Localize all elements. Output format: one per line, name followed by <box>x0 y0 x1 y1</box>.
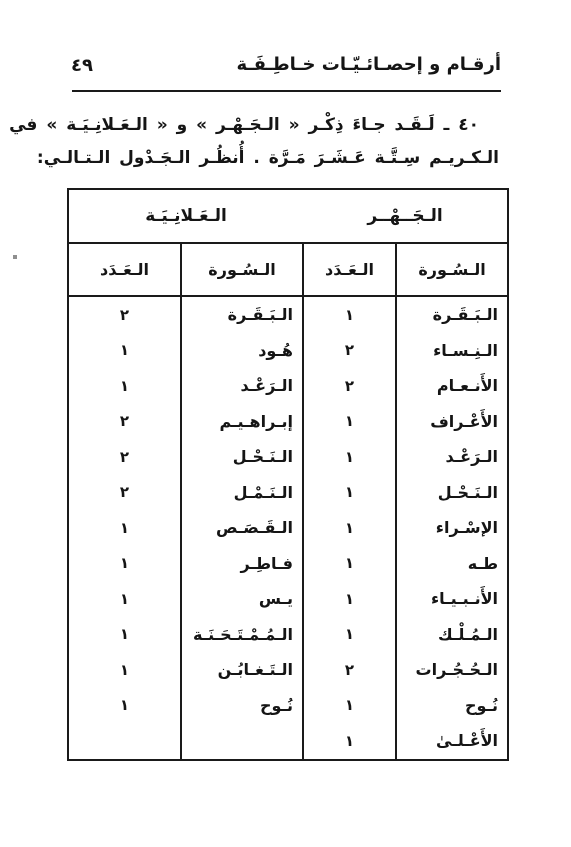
alaniyah-count-cell: ٢ <box>68 404 181 440</box>
col-header-adad-alaniyah: الـعَـدَد <box>68 243 181 296</box>
jahr-count-cell: ١ <box>303 581 396 617</box>
jahr-surah-cell: الـنَـحْـل <box>396 475 508 511</box>
alaniyah-surah-cell: هُـود <box>181 333 303 369</box>
jahr-surah-cell: الإسْـراء <box>396 510 508 546</box>
group-header-row: الـجَــهْــر الـعَـلانِـيَـة <box>68 189 508 243</box>
alaniyah-surah-cell: الـتَـغـابُـن <box>181 652 303 688</box>
jahr-surah-cell: نُـوح <box>396 688 508 724</box>
table-row: طـه ١ فـاطِـر ١ <box>68 546 508 582</box>
jahr-count-cell: ١ <box>303 510 396 546</box>
group-header-jahr: الـجَــهْــر <box>303 189 508 243</box>
scan-artifact <box>13 255 17 259</box>
table-row: الأَنـبـيـاء ١ يـس ١ <box>68 581 508 617</box>
jahr-count-cell: ١ <box>303 546 396 582</box>
alaniyah-count-cell: ١ <box>68 333 181 369</box>
alaniyah-surah-cell <box>181 723 303 760</box>
jahr-count-cell: ١ <box>303 688 396 724</box>
jahr-count-cell: ١ <box>303 439 396 475</box>
alaniyah-surah-cell: فـاطِـر <box>181 546 303 582</box>
jahr-surah-cell: الأَنـعـام <box>396 368 508 404</box>
alaniyah-surah-cell: نُـوح <box>181 688 303 724</box>
alaniyah-count-cell: ١ <box>68 368 181 404</box>
table-row: الأَعْـلـىٰ ١ <box>68 723 508 760</box>
intro-paragraph: ٤٠ ـ لَـقَـد جـاءَ ذِكْـر « الـجَـهْـر »… <box>127 109 499 175</box>
alaniyah-count-cell: ٢ <box>68 439 181 475</box>
alaniyah-count-cell: ١ <box>68 510 181 546</box>
jahr-count-cell: ٢ <box>303 333 396 369</box>
table-row: الـبَـقَـرة ١ الـبَـقَـرة ٢ <box>68 296 508 333</box>
jahr-surah-cell: الـحُـجُـرات <box>396 652 508 688</box>
alaniyah-count-cell: ١ <box>68 652 181 688</box>
table-row: الـرَعْـد ١ الـنَـحْـل ٢ <box>68 439 508 475</box>
jahr-surah-cell: طـه <box>396 546 508 582</box>
alaniyah-count-cell: ١ <box>68 546 181 582</box>
alaniyah-surah-cell: الـنَـحْـل <box>181 439 303 475</box>
jahr-surah-cell: الـمُـلْـك <box>396 617 508 653</box>
jahr-surah-cell: الأَعْـلـىٰ <box>396 723 508 760</box>
occurrences-table: الـجَــهْــر الـعَـلانِـيَـة الـسُـورة ا… <box>67 188 509 761</box>
header-rule <box>72 90 501 92</box>
table-row: الإسْـراء ١ الـقَـصَـص ١ <box>68 510 508 546</box>
jahr-surah-cell: الـنِـسـاء <box>396 333 508 369</box>
table-row: نُـوح ١ نُـوح ١ <box>68 688 508 724</box>
alaniyah-surah-cell: الـمُـمْـتَـحَـنَـة <box>181 617 303 653</box>
page-number: ٤٩ <box>71 51 93 81</box>
col-header-surah-jahr: الـسُـورة <box>396 243 508 296</box>
table-row: الـمُـلْـك ١ الـمُـمْـتَـحَـنَـة ١ <box>68 617 508 653</box>
jahr-count-cell: ١ <box>303 617 396 653</box>
alaniyah-count-cell <box>68 723 181 760</box>
alaniyah-surah-cell: الـبَـقَـرة <box>181 296 303 333</box>
jahr-count-cell: ١ <box>303 296 396 333</box>
jahr-count-cell: ١ <box>303 404 396 440</box>
jahr-count-cell: ٢ <box>303 652 396 688</box>
book-page: ٤٩ أرقـام و إحصـائـيّـات خـاطِـفَـة ٤٠ ـ… <box>0 0 571 847</box>
jahr-count-cell: ١ <box>303 723 396 760</box>
column-header-row: الـسُـورة الـعَـدَد الـسُـورة الـعَـدَد <box>68 243 508 296</box>
page-title: أرقـام و إحصـائـيّـات خـاطِـفَـة <box>237 49 501 81</box>
jahr-surah-cell: الأَعْـراف <box>396 404 508 440</box>
table-row: الأَنـعـام ٢ الـرَعْـد ١ <box>68 368 508 404</box>
paragraph-line-2: الـكـريـم سِـتَّـة عَـشَـرَ مَـرَّة . أُ… <box>127 142 499 175</box>
jahr-surah-cell: الـبَـقَـرة <box>396 296 508 333</box>
alaniyah-count-cell: ٢ <box>68 475 181 511</box>
col-header-surah-alaniyah: الـسُـورة <box>181 243 303 296</box>
col-header-adad-jahr: الـعَـدَد <box>303 243 396 296</box>
group-header-alaniyah: الـعَـلانِـيَـة <box>68 189 303 243</box>
alaniyah-count-cell: ١ <box>68 617 181 653</box>
paragraph-line-1: ٤٠ ـ لَـقَـد جـاءَ ذِكْـر « الـجَـهْـر »… <box>127 109 499 142</box>
jahr-count-cell: ٢ <box>303 368 396 404</box>
alaniyah-surah-cell: الـقَـصَـص <box>181 510 303 546</box>
table-row: الـنِـسـاء ٢ هُـود ١ <box>68 333 508 369</box>
jahr-count-cell: ١ <box>303 475 396 511</box>
alaniyah-count-cell: ١ <box>68 581 181 617</box>
table-row: الأَعْـراف ١ إبـراهـيـم ٢ <box>68 404 508 440</box>
table-row: الـنَـحْـل ١ الـنَـمْـل ٢ <box>68 475 508 511</box>
table-row: الـحُـجُـرات ٢ الـتَـغـابُـن ١ <box>68 652 508 688</box>
alaniyah-surah-cell: يـس <box>181 581 303 617</box>
alaniyah-count-cell: ١ <box>68 688 181 724</box>
alaniyah-surah-cell: الـرَعْـد <box>181 368 303 404</box>
alaniyah-surah-cell: الـنَـمْـل <box>181 475 303 511</box>
jahr-surah-cell: الأَنـبـيـاء <box>396 581 508 617</box>
alaniyah-surah-cell: إبـراهـيـم <box>181 404 303 440</box>
jahr-surah-cell: الـرَعْـد <box>396 439 508 475</box>
alaniyah-count-cell: ٢ <box>68 296 181 333</box>
